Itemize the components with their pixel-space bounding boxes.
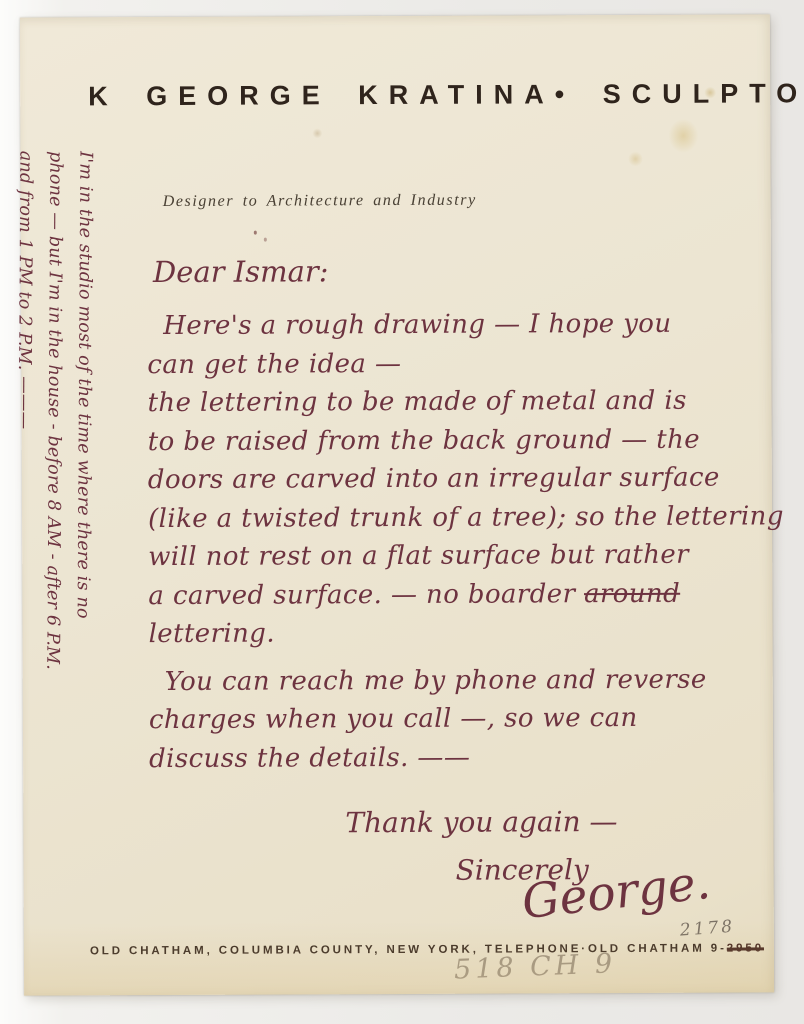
body-line: the lettering to be made of metal and is (147, 381, 771, 422)
letterhead-name: K GEORGE KRATINA• SCULPTOR (88, 78, 804, 112)
letter-body: Here's a rough drawing — I hope you can … (147, 304, 773, 778)
body-line: a carved surface. — no boarder around (148, 574, 772, 615)
greeting: Dear Ismar: (153, 254, 329, 289)
scan-background: K GEORGE KRATINA• SCULPTOR Designer to A… (0, 0, 804, 1024)
margin-note-line: and from 1 PM to 2 P.M. ——— (8, 151, 41, 593)
body-line: can get the idea — (147, 343, 771, 384)
body-line: lettering. (148, 612, 772, 653)
body-line-text: a carved surface. — no boarder (148, 579, 584, 611)
paper-aging-band (24, 920, 774, 995)
ink-speck (254, 231, 257, 235)
body-line: charges when you call —, so we can (149, 698, 773, 739)
letterhead-tagline: Designer to Architecture and Industry (163, 192, 477, 211)
body-line: Here's a rough drawing — I hope you (147, 304, 771, 345)
body-line: discuss the details. —— (149, 737, 773, 778)
paper-stain (312, 128, 322, 138)
body-line: to be raised from the back ground — the (148, 420, 772, 461)
paper-stain (668, 119, 698, 153)
margin-note-line: I'm in the studio most of the time where… (68, 151, 101, 593)
margin-note: I'm in the studio most of the time where… (6, 151, 101, 594)
body-line: You can reach me by phone and reverse (149, 660, 773, 701)
thanks-line: Thank you again — (345, 805, 617, 839)
paper-stain (628, 151, 642, 167)
letter-paper: K GEORGE KRATINA• SCULPTOR Designer to A… (20, 14, 774, 995)
body-line: will not rest on a flat surface but rath… (148, 535, 772, 576)
body-line: (like a twisted trunk of a tree); so the… (148, 497, 772, 538)
struck-word: around (584, 578, 680, 608)
ink-speck (264, 238, 267, 242)
body-line: doors are carved into an irregular surfa… (148, 458, 772, 499)
margin-note-line: phone — but I'm in the house - before 8 … (38, 151, 71, 593)
